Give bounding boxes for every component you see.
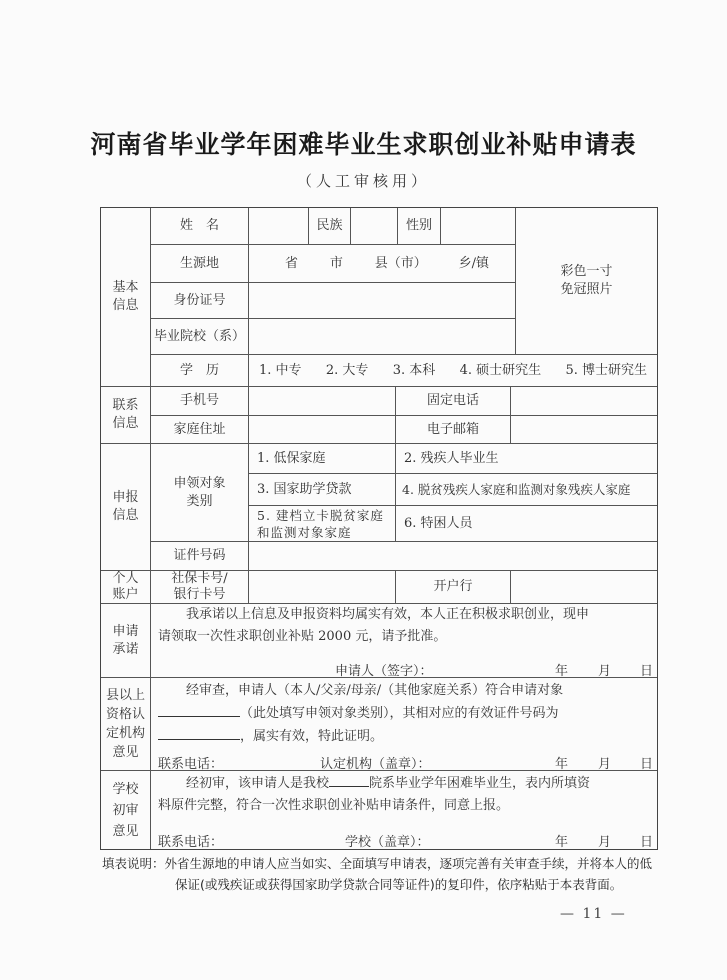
note-label: 填表说明： [102, 856, 165, 871]
input-gender[interactable] [440, 207, 516, 245]
school-review-text: 经初审，该申请人是我校院系毕业学年困难毕业生，表内所填资 料原件完整，符合一次性… [158, 772, 654, 817]
label-basic-2: 信息 [112, 298, 138, 313]
input-email[interactable] [510, 415, 658, 444]
label-basic-1: 基本 [112, 280, 138, 295]
school-line-1b: 院系毕业学年困难毕业生，表内所填资 [369, 776, 590, 791]
label-mobile: 手机号 [150, 386, 249, 416]
label-school-1: 学校 [112, 782, 138, 797]
label-contact-1: 联系 [112, 398, 138, 413]
section-personal-account: 个人账户 [100, 570, 151, 604]
school-day: 日 [640, 831, 653, 850]
education-options: 1. 中专 2. 大专 3. 本科 4. 硕士研究生 5. 博士研究生 [248, 354, 658, 387]
category-option-6[interactable]: 6. 特困人员 [395, 505, 658, 542]
school-line-1a: 经初审，该申请人是我校 [186, 776, 329, 791]
label-school-2: 初审 [112, 803, 138, 818]
commitment-line-1: 我承诺以上信息及申报资料均属实有效，本人正在积极求职创业，现申 [186, 607, 589, 622]
label-contact-2: 信息 [112, 416, 138, 431]
note-line-1: 外省生源地的申请人应当如实、全面填写申请表，逐项完善有关审查手续，并将本人的低 [165, 856, 653, 871]
label-certificate: 证件号码 [150, 541, 249, 571]
category-blank[interactable] [158, 702, 240, 717]
input-address[interactable] [248, 415, 396, 444]
label-name: 姓 名 [150, 207, 249, 245]
category-option-2[interactable]: 2. 残疾人毕业生 [395, 443, 658, 474]
input-bank[interactable] [510, 570, 658, 604]
input-certificate[interactable] [248, 541, 658, 571]
label-county-3: 定机构 [106, 726, 145, 741]
label-card-2: 银行卡号 [173, 587, 225, 602]
label-origin: 生源地 [150, 244, 249, 283]
form-instructions: 填表说明：外省生源地的申请人应当如实、全面填写申请表，逐项完善有关审查手续，并将… [102, 853, 662, 895]
section-commitment: 申请承诺 [100, 603, 151, 678]
form-subtitle: （人工审核用） [0, 170, 727, 191]
section-basic-info: 基本信息 [100, 207, 151, 387]
commitment-text: 我承诺以上信息及申报资料均属实有效，本人正在积极求职创业，现申 请领取一次性求职… [158, 604, 654, 648]
label-school: 毕业院校（系） [150, 318, 249, 355]
school-year: 年 [555, 831, 568, 850]
origin-city: 市 [330, 255, 343, 273]
section-contact-info: 联系信息 [100, 386, 151, 444]
certificate-blank[interactable] [158, 725, 240, 740]
origin-town: 乡/镇 [459, 255, 489, 273]
label-id: 身份证号 [150, 282, 249, 319]
label-county-1: 县以上 [106, 688, 145, 703]
department-blank[interactable] [329, 772, 369, 787]
label-commitment-2: 承诺 [112, 642, 138, 657]
input-mobile[interactable] [248, 386, 396, 416]
label-county-2: 资格认 [106, 707, 145, 722]
form-title: 河南省毕业学年困难毕业生求职创业补贴申请表 [0, 125, 727, 161]
section-county-review: 县以上 资格认 定机构 意见 [100, 677, 151, 771]
label-bank: 开户行 [395, 570, 511, 604]
input-origin[interactable]: 省 市 县（市） 乡/镇 [248, 244, 516, 283]
label-card-number: 社保卡号/银行卡号 [150, 570, 249, 604]
label-account-2: 账户 [112, 587, 138, 602]
category-option-5[interactable]: 5. 建档立卡脱贫家庭和监测对象家庭 [248, 505, 396, 542]
input-id[interactable] [248, 282, 516, 319]
school-seal-label[interactable]: 学校（盖章）： [345, 831, 430, 850]
input-school[interactable] [248, 318, 516, 355]
county-line-2: （此处填写申领对象类别），其相对应的有效证件号码为 [240, 706, 559, 721]
label-address: 家庭住址 [150, 415, 249, 444]
origin-province: 省 [285, 255, 298, 273]
photo-label-1: 彩色一寸 [560, 264, 612, 279]
commitment-line-2: 请领取一次性求职创业补贴 2000 元，请予批准。 [158, 626, 654, 648]
education-option-1[interactable]: 1. 中专 [259, 362, 302, 380]
label-application-2: 信息 [112, 508, 138, 523]
label-application-1: 申报 [112, 490, 138, 505]
label-county-4: 意见 [112, 745, 138, 760]
label-category-2: 类别 [186, 494, 212, 509]
section-application-info: 申报信息 [100, 443, 151, 571]
label-school-3: 意见 [112, 824, 138, 839]
label-commitment-1: 申请 [112, 624, 138, 639]
county-line-3: ，属实有效，特此证明。 [240, 729, 383, 744]
input-landline[interactable] [510, 386, 658, 416]
education-option-4[interactable]: 4. 硕士研究生 [460, 362, 542, 380]
school-phone-label[interactable]: 联系电话： [158, 831, 223, 850]
input-ethnicity[interactable] [350, 207, 398, 245]
education-option-5[interactable]: 5. 博士研究生 [565, 362, 647, 380]
label-ethnicity: 民族 [308, 207, 351, 245]
school-line-2: 料原件完整，符合一次性求职创业补贴申请条件，同意上报。 [158, 795, 654, 817]
label-education: 学 历 [150, 354, 249, 387]
category-option-4[interactable]: 4. 脱贫残疾人家庭和监测对象残疾人家庭 [395, 473, 658, 506]
label-email: 电子邮箱 [395, 415, 511, 444]
input-name[interactable] [248, 207, 309, 245]
category-option-1[interactable]: 1. 低保家庭 [248, 443, 396, 474]
photo-label-2: 免冠照片 [560, 282, 612, 297]
category-option-3[interactable]: 3. 国家助学贷款 [248, 473, 396, 506]
label-landline: 固定电话 [395, 386, 511, 416]
label-category: 申领对象类别 [150, 443, 249, 542]
section-school-review: 学校 初审 意见 [100, 770, 151, 850]
label-account-1: 个人 [112, 571, 138, 586]
county-review-text: 经审查，申请人（本人/父亲/母亲/（其他家庭关系）符合申请对象 （此处填写申领对… [158, 680, 654, 748]
county-line-1: 经审查，申请人（本人/父亲/母亲/（其他家庭关系）符合申请对象 [186, 683, 563, 698]
note-line-2: 保证(或残疾证或获得国家助学贷款合同等证件)的复印件，依序粘贴于本表背面。 [102, 874, 662, 895]
input-card-number[interactable] [248, 570, 396, 604]
origin-county: 县（市） [375, 255, 427, 273]
label-category-1: 申领对象 [173, 476, 225, 491]
education-option-2[interactable]: 2. 大专 [326, 362, 369, 380]
school-month: 月 [598, 831, 611, 850]
label-gender: 性别 [397, 207, 441, 245]
page-number: — 11 — [560, 906, 627, 922]
photo-box[interactable]: 彩色一寸免冠照片 [515, 207, 658, 355]
label-card-1: 社保卡号/ [171, 571, 227, 586]
education-option-3[interactable]: 3. 本科 [393, 362, 436, 380]
